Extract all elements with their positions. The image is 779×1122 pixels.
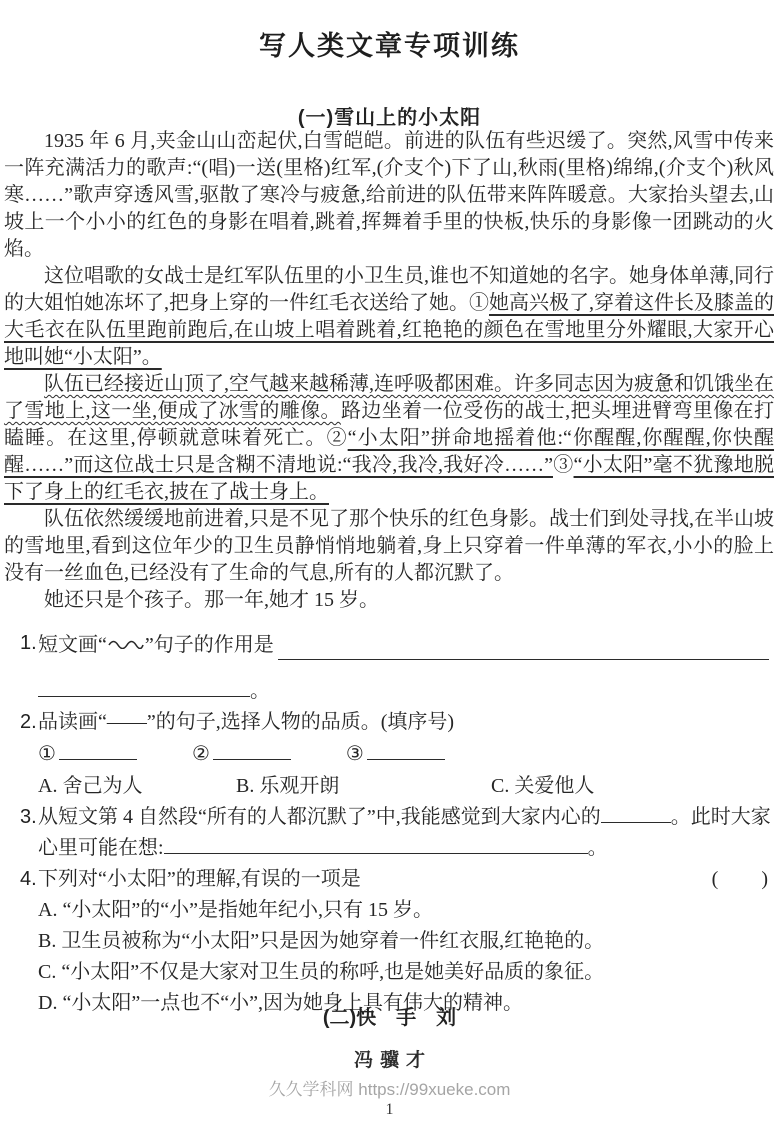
passage-paragraph: 这位唱歌的女战士是红军队伍里的小卫生员,谁也不知道她的名字。她身体单薄,同行的大…: [4, 263, 774, 371]
wavy-line-symbol: [108, 628, 144, 659]
passage-paragraph: 队伍依然缓缓地前进着,只是不见了那个快乐的红色身影。战士们到处寻找,在半山坡的雪…: [4, 506, 774, 587]
questions-list: 1. 短文画“”句子的作用是 。 2. 品读画“——”的句子,选择人物的品质。(…: [0, 628, 779, 1019]
passage-text: 她还只是个孩子。那一年,她才 15 岁。: [44, 589, 379, 611]
answer-blank[interactable]: [601, 808, 671, 823]
sequence-item: ②: [192, 739, 291, 770]
page-footer: (二)快 手 刘 冯骥才 久久学科网 https://99xueke.com 1: [0, 1001, 779, 1119]
question-number: 4.: [20, 864, 38, 895]
section1-heading: (一)雪山上的小太阳: [0, 101, 779, 130]
question-1: 1. 短文画“”句子的作用是 。: [20, 628, 771, 707]
option-item: C. 关爱他人: [491, 771, 594, 802]
sequence-item: ③: [346, 739, 445, 770]
answer-blank[interactable]: [213, 745, 291, 760]
worksheet-page: 写人类文章专项训练 (一)雪山上的小太阳 1935 年 6 月,夹金山山峦起伏,…: [0, 0, 779, 1122]
question-text: 下列对“小太阳”的理解,有误的一项是: [38, 864, 361, 895]
answer-blank[interactable]: [367, 745, 445, 760]
question-line: A. 舍己为人B. 乐观开朗C. 关爱他人: [38, 771, 771, 802]
question-line: 短文画“”句子的作用是: [38, 628, 771, 665]
page-number: 1: [0, 1101, 779, 1119]
passage-text: ③: [553, 454, 574, 476]
passage-text: ①: [469, 292, 489, 314]
question-number: 3.: [20, 802, 38, 833]
passage-paragraph: 1935 年 6 月,夹金山山峦起伏,白雪皑皑。前进的队伍有些迟缓了。突然,风雪…: [4, 128, 774, 263]
question-number: 2.: [20, 707, 38, 738]
circled-number: ③: [346, 743, 364, 765]
question-text: 短文画“: [38, 634, 107, 656]
option-item: C. “小太阳”不仅是大家对卫生员的称呼,也是她美好品质的象征。: [38, 957, 771, 988]
question-number: 1.: [20, 628, 38, 659]
question-text: 。: [588, 837, 608, 859]
question-line: 。: [38, 676, 771, 707]
question-3: 3. 从短文第 4 自然段“所有的人都沉默了”中,我能感觉到大家内心的。此时大家…: [20, 802, 771, 864]
question-text: 从短文第 4 自然段“所有的人都沉默了”中,我能感觉到大家内心的: [38, 806, 601, 828]
answer-blank[interactable]: [38, 682, 250, 697]
author-name: 冯骥才: [0, 1045, 779, 1072]
option-item: A. “小太阳”的“小”是指她年纪小,只有 15 岁。: [38, 895, 771, 926]
sequence-item: ①: [38, 739, 137, 770]
question-text: 。: [250, 680, 270, 702]
question-text: ”句子的作用是: [145, 634, 274, 656]
answer-blank[interactable]: [59, 745, 137, 760]
passage-text: 队伍依然缓缓地前进着,只是不见了那个快乐的红色身影。战士们到处寻找,在半山坡的雪…: [4, 508, 774, 584]
passage-paragraph: 她还只是个孩子。那一年,她才 15 岁。: [4, 587, 774, 614]
option-item: B. 卫生员被称为“小太阳”只是因为她穿着一件红衣服,红艳艳的。: [38, 926, 771, 957]
question-2: 2. 品读画“——”的句子,选择人物的品质。(填序号) ① ② ③ A. 舍己为…: [20, 707, 771, 802]
circled-number: ①: [38, 743, 56, 765]
passage-text: 1935 年 6 月,夹金山山峦起伏,白雪皑皑。前进的队伍有些迟缓了。突然,风雪…: [4, 130, 774, 260]
passage-paragraph: 队伍已经接近山顶了,空气越来越稀薄,连呼吸都困难。许多同志因为疲惫和饥饿坐在了雪…: [4, 371, 774, 506]
page-content: 1935 年 6 月,夹金山山峦起伏,白雪皑皑。前进的队伍有些迟缓了。突然,风雪…: [0, 128, 779, 1019]
question-line: 下列对“小太阳”的理解,有误的一项是 ( ): [38, 864, 771, 895]
question-4: 4. 下列对“小太阳”的理解,有误的一项是 ( ) A. “小太阳”的“小”是指…: [20, 864, 771, 1019]
answer-blank[interactable]: [278, 659, 769, 660]
option-item: A. 舍己为人: [38, 771, 236, 802]
passage: 1935 年 6 月,夹金山山峦起伏,白雪皑皑。前进的队伍有些迟缓了。突然,风雪…: [0, 128, 779, 614]
question-line: ① ② ③: [38, 739, 771, 770]
answer-blank[interactable]: [164, 839, 588, 854]
page-title: 写人类文章专项训练: [0, 0, 779, 63]
question-text: 短文画“”句子的作用是: [38, 628, 274, 665]
section2-heading: (二)快 手 刘: [0, 1001, 779, 1030]
circled-number: ②: [192, 743, 210, 765]
option-item: B. 乐观开朗: [236, 771, 491, 802]
answer-parens[interactable]: ( ): [712, 864, 769, 895]
watermark: 久久学科网 https://99xueke.com: [0, 1075, 779, 1100]
question-text: 品读画“——”的句子,选择人物的品质。(填序号): [38, 707, 771, 738]
